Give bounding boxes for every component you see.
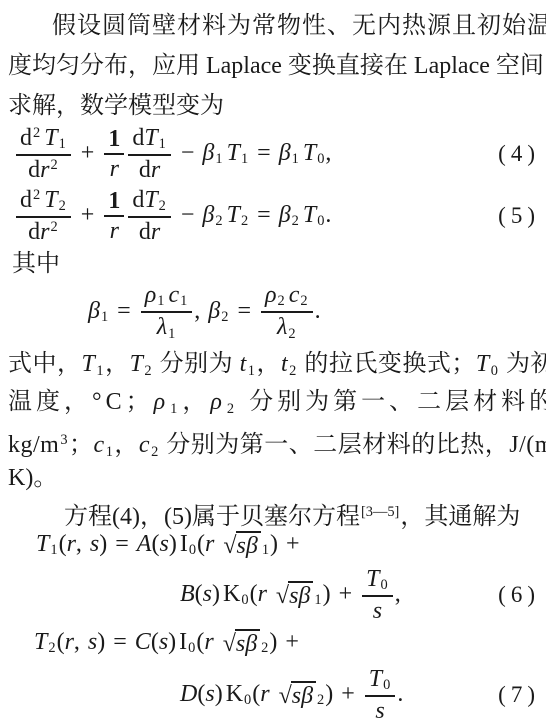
- nomenclature-line-4: K)。: [8, 459, 542, 497]
- beta-definition: β1=ρ1c1λ1,β2=ρ2c2λ2.: [8, 282, 542, 342]
- nomenclature-line-2: 温度，°C；ρ1，ρ2 分别为第一、二层材料的密度，: [8, 383, 542, 421]
- equation-7-line-1-expression: T2(r,s)=C(s)I0(r√sβ2)+: [34, 629, 307, 658]
- nomenclature-paragraph: 式中，T1，T2 分别为 t1，t2 的拉氏变换式；T0 为初始 温度，°C；ρ…: [8, 345, 542, 497]
- equation-4-expression: d2T1dr2+1rdT1dr−β1T1=β1T0,: [14, 125, 331, 184]
- equation-6-number: (6): [498, 582, 542, 608]
- equation-7-number: (7): [498, 682, 542, 708]
- equation-7-line-2: D(s)K0(r√sβ2)+T0s. (7): [8, 667, 542, 723]
- intro-line-1: 假设圆筒壁材料为常物性、无内热源且初始温: [8, 6, 542, 46]
- where-label: 其中: [8, 246, 542, 282]
- equation-6-line-1-expression: T1(r,s)=A(s)I0(r√sβ1)+: [36, 531, 308, 560]
- equation-6-line-1: T1(r,s)=A(s)I0(r√sβ1)+: [8, 527, 542, 563]
- equation-7-line-2-expression: D(s)K0(r√sβ2)+T0s.: [180, 666, 403, 723]
- equation-4-number: (4): [498, 141, 542, 167]
- equation-5: d2T2dr2+1rdT2dr−β2T2=β2T0. (5): [8, 188, 542, 244]
- equation-7-line-1: T2(r,s)=C(s)I0(r√sβ2)+: [8, 625, 542, 661]
- beta-definition-expression: β1=ρ1c1λ1,β2=ρ2c2λ2.: [88, 282, 321, 343]
- document-page: 假设圆筒壁材料为常物性、无内热源且初始温 度均匀分布，应用 Laplace 变换…: [0, 0, 546, 723]
- intro-line-2: 度均匀分布，应用 Laplace 变换直接在 Laplace 空间: [8, 46, 542, 86]
- equation-6-line-2: B(s)K0(r√sβ1)+T0s, (6): [8, 567, 542, 623]
- intro-paragraph: 假设圆筒壁材料为常物性、无内热源且初始温 度均匀分布，应用 Laplace 变换…: [8, 6, 542, 126]
- bessel-paragraph-line: 方程(4)，(5)属于贝塞尔方程[3—5]，其通解为: [8, 497, 542, 527]
- equation-5-expression: d2T2dr2+1rdT2dr−β2T2=β2T0.: [14, 187, 331, 246]
- nomenclature-line-3: kg/m3；c1，c2 分别为第一、二层材料的比热，J/(m3 °: [8, 421, 542, 459]
- nomenclature-line-1: 式中，T1，T2 分别为 t1，t2 的拉氏变换式；T0 为初始: [8, 345, 542, 383]
- equation-6-line-2-expression: B(s)K0(r√sβ1)+T0s,: [180, 566, 401, 625]
- equation-5-number: (5): [498, 203, 542, 229]
- equation-4: d2T1dr2+1rdT1dr−β1T1=β1T0, (4): [8, 126, 542, 182]
- intro-line-3: 求解，数学模型变为: [8, 86, 542, 126]
